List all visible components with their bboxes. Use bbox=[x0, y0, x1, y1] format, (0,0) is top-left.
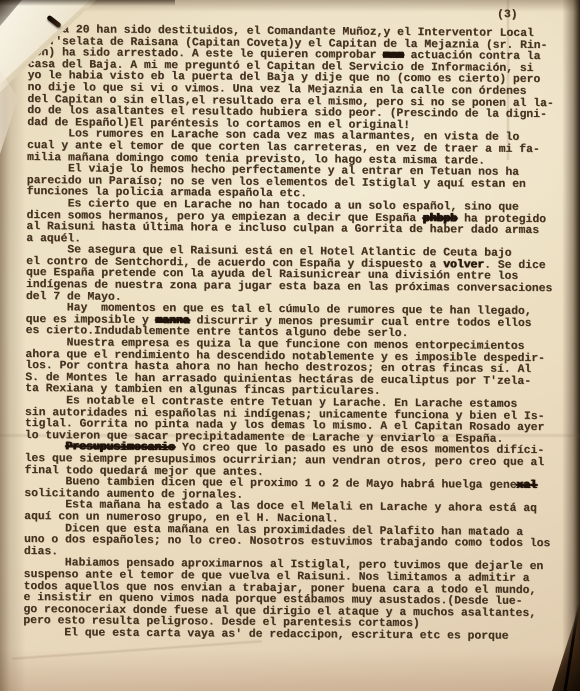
text-segment: phbpb bbox=[423, 213, 457, 225]
photographed-letter: (3) El dia 20 han sido destituidos, el C… bbox=[0, 0, 580, 691]
text-segment bbox=[25, 441, 66, 453]
text-segment: xal bbox=[517, 480, 538, 492]
letter-body: El dia 20 han sido destituidos, el Coman… bbox=[23, 25, 554, 644]
top-edge-shadow bbox=[0, 0, 175, 6]
text-segment: mmm bbox=[383, 50, 404, 62]
page-number: (3) bbox=[497, 9, 518, 21]
